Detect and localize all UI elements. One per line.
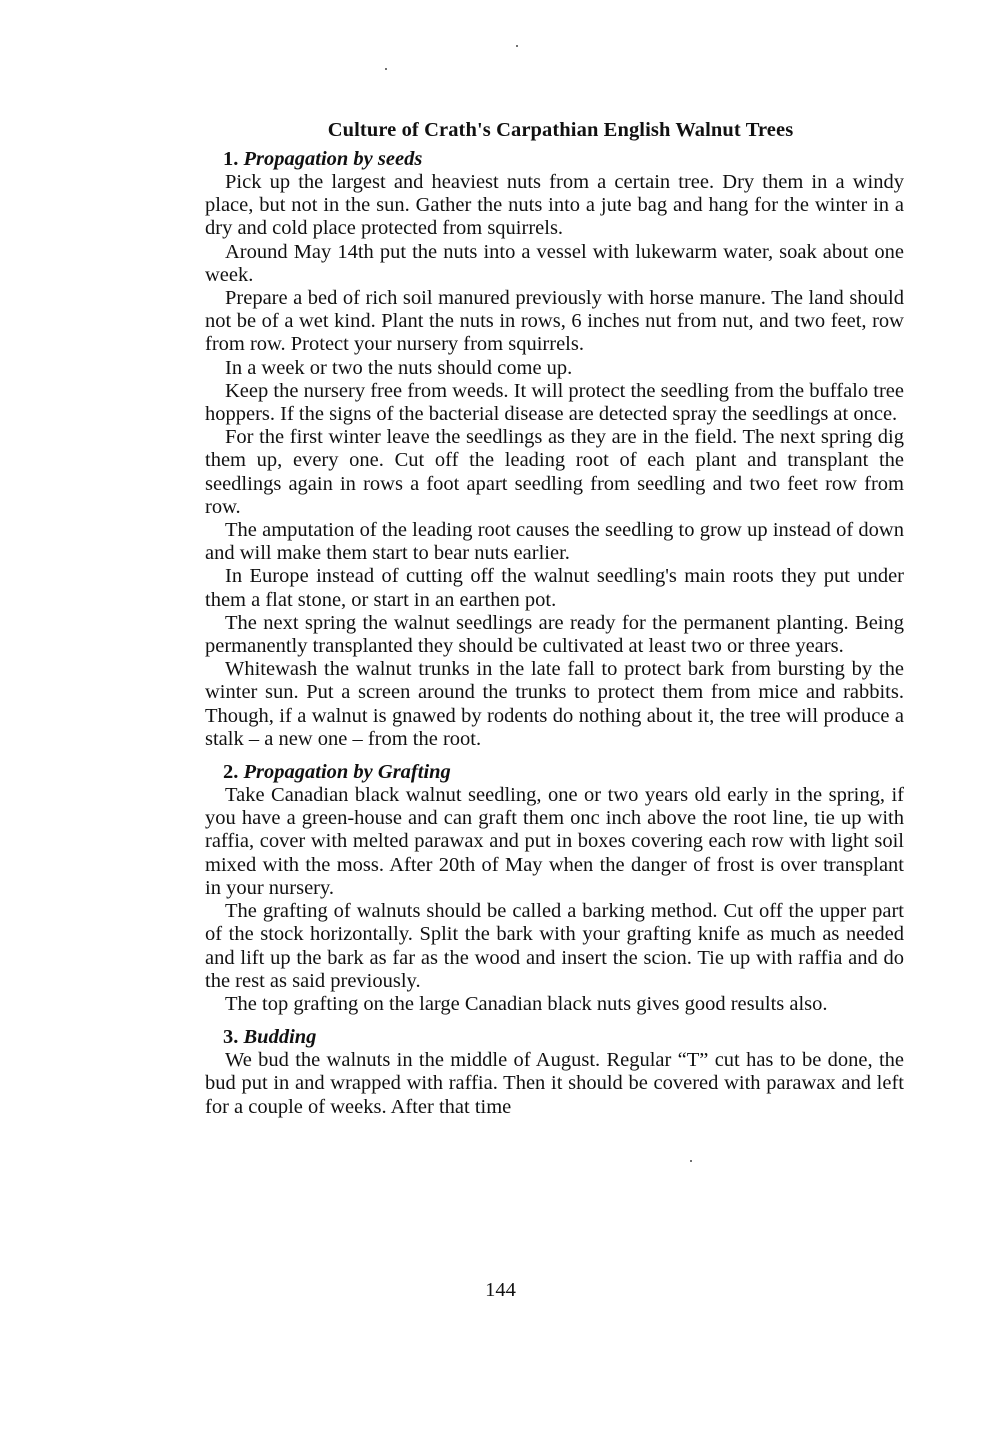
section-propagation-by-seeds: 1. Propagation by seeds Pick up the larg… [205,148,904,751]
paragraph: We bud the walnuts in the middle of Augu… [205,1049,904,1119]
section-number: 3. [223,1026,238,1048]
scan-speck [385,68,387,70]
section-budding: 3. Budding We bud the walnuts in the mid… [205,1026,904,1119]
paragraph: The grafting of walnuts should be called… [205,900,904,993]
paragraph: In a week or two the nuts should come up… [205,357,904,380]
scan-speck [690,1160,692,1162]
section-number: 2. [223,761,238,783]
paragraph: Around May 14th put the nuts into a vess… [205,241,904,287]
section-heading-text: Propagation by Grafting [244,761,451,783]
paragraph: Whitewash the walnut trunks in the late … [205,658,904,751]
document-title: Culture of Crath's Carpathian English Wa… [217,118,904,142]
section-number: 1. [223,148,238,170]
paragraph: In Europe instead of cutting off the wal… [205,565,904,611]
page-number: 144 [0,1278,1001,1302]
section-heading: 1. Propagation by seeds [205,148,904,171]
document-page: Culture of Crath's Carpathian English Wa… [205,118,904,1119]
paragraph: Pick up the largest and heaviest nuts fr… [205,171,904,241]
paragraph: The amputation of the leading root cause… [205,519,904,565]
section-heading: 3. Budding [205,1026,904,1049]
scan-speck [828,862,830,864]
paragraph: Prepare a bed of rich soil manured previ… [205,287,904,357]
section-heading-text: Propagation by seeds [244,148,423,170]
paragraph: The next spring the walnut seedlings are… [205,612,904,658]
section-heading-text: Budding [244,1026,317,1048]
paragraph: Take Canadian black walnut seedling, one… [205,784,904,900]
scan-speck [516,45,518,47]
section-heading: 2. Propagation by Grafting [205,761,904,784]
paragraph: For the first winter leave the seedlings… [205,426,904,519]
paragraph: Keep the nursery free from weeds. It wil… [205,380,904,426]
paragraph: The top grafting on the large Canadian b… [205,993,904,1016]
section-propagation-by-grafting: 2. Propagation by Grafting Take Canadian… [205,761,904,1016]
